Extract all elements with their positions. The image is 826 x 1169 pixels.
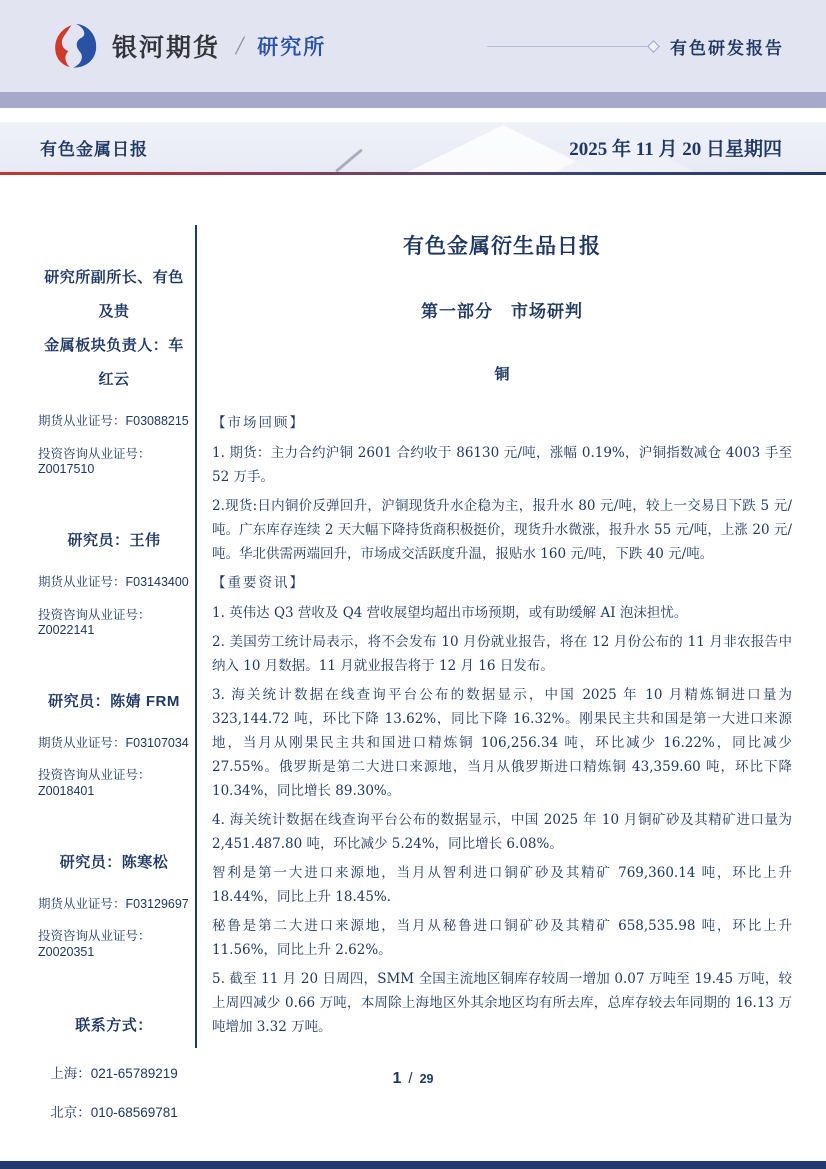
researcher-block: 研究所副所长、有色及贵 金属板块负责人：车红云 期货从业证号：F03088215… xyxy=(38,261,190,478)
paragraph: 5. 截至 11 月 20 日周四，SMM 全国主流地区铜库存较周一增加 0.0… xyxy=(212,967,792,1039)
license-line: 期货从业证号：F03129697 xyxy=(38,897,190,913)
vertical-divider xyxy=(195,225,197,1048)
current-page: 1 xyxy=(393,1070,402,1087)
title-bar: 有色金属日报 2025 年 11 月 20 日星期四 xyxy=(0,122,826,172)
researcher-title: 研究员：陈婧 FRM xyxy=(38,685,190,719)
footer-bar xyxy=(0,1161,826,1169)
report-body: 有色金属衍生品日报 第一部分 市场研判 铜 【市场回顾】 1. 期货：主力合约沪… xyxy=(212,230,792,1044)
license-line: 期货从业证号：F03088215 xyxy=(38,414,190,430)
watermark-pen-icon xyxy=(335,148,363,172)
paragraph: 1. 期货：主力合约沪铜 2601 合约收于 86130 元/吨，涨幅 0.19… xyxy=(212,441,792,489)
researcher-title: 研究员：陈寒松 xyxy=(38,846,190,880)
brand-name: 银河期货 xyxy=(112,28,220,64)
paragraph: 3. 海关统计数据在线查询平台公布的数据显示，中国 2025 年 10 月精炼铜… xyxy=(212,683,792,803)
license-line: 期货从业证号：F03143400 xyxy=(38,575,190,591)
galaxy-futures-logo-icon xyxy=(52,23,98,69)
researcher-sidebar: 研究所副所长、有色及贵 金属板块负责人：车红云 期货从业证号：F03088215… xyxy=(38,261,190,1121)
body-text: 【市场回顾】 1. 期货：主力合约沪铜 2601 合约收于 86130 元/吨，… xyxy=(212,411,792,1039)
paragraph: 4. 海关统计数据在线查询平台公布的数据显示，中国 2025 年 10 月铜矿砂… xyxy=(212,808,792,856)
contact-block: 联系方式： 上海：021-65789219 北京：010-68569781 xyxy=(38,1009,190,1121)
total-pages: 29 xyxy=(420,1072,434,1086)
license-line: 投资咨询从业证号：Z0020351 xyxy=(38,929,190,960)
brand-header: 银河期货 / 研究所 有色研发报告 xyxy=(0,0,826,92)
researcher-block: 研究员：陈寒松 期货从业证号：F03129697 投资咨询从业证号：Z00203… xyxy=(38,846,190,961)
page-number: 1/29 xyxy=(0,1070,826,1088)
paragraph: 智利是第一大进口来源地，当月从智利进口铜矿砂及其精矿 769,360.14 吨，… xyxy=(212,861,792,909)
brand-department: 研究所 xyxy=(257,31,326,61)
contact-title: 联系方式： xyxy=(38,1009,190,1043)
page-separator: / xyxy=(408,1070,412,1087)
researcher-title: 金属板块负责人：车红云 xyxy=(38,329,190,397)
license-line: 投资咨询从业证号：Z0017510 xyxy=(38,447,190,478)
brand-slash: / xyxy=(236,31,243,61)
brand-right: 有色研发报告 xyxy=(487,34,784,59)
brand-left: 银河期货 / 研究所 xyxy=(52,23,326,69)
license-line: 投资咨询从业证号：Z0022141 xyxy=(38,608,190,639)
diamond-icon xyxy=(647,40,660,53)
doc-date: 2025 年 11 月 20 日星期四 xyxy=(569,134,782,161)
report-page: 银河期货 / 研究所 有色研发报告 有色金属日报 2025 年 11 月 20 … xyxy=(0,0,826,1169)
license-line: 投资咨询从业证号：Z0018401 xyxy=(38,768,190,799)
researcher-title: 研究所副所长、有色及贵 xyxy=(38,261,190,329)
gradient-rule xyxy=(0,172,826,175)
paragraph: 秘鲁是第二大进口来源地，当月从秘鲁进口铜矿砂及其精矿 658,535.98 吨，… xyxy=(212,914,792,962)
paragraph: 1. 英伟达 Q3 营收及 Q4 营收展望均超出市场预期，或有助缓解 AI 泡沫… xyxy=(212,601,792,625)
section-heading: 【重要资讯】 xyxy=(212,571,792,595)
license-line: 期货从业证号：F03107034 xyxy=(38,736,190,752)
paragraph: 2.现货:日内铜价反弹回升，沪铜现货升水企稳为主，报升水 80 元/吨，较上一交… xyxy=(212,494,792,566)
researcher-title: 研究员：王伟 xyxy=(38,524,190,558)
doc-name: 有色金属日报 xyxy=(40,135,148,160)
document-title: 有色金属衍生品日报 xyxy=(212,230,792,260)
researcher-block: 研究员：王伟 期货从业证号：F03143400 投资咨询从业证号：Z002214… xyxy=(38,524,190,639)
paragraph: 2. 美国劳工统计局表示，将不会发布 10 月份就业报告，将在 12 月份公布的… xyxy=(212,630,792,678)
decorative-line xyxy=(487,46,647,47)
metal-title: 铜 xyxy=(212,363,792,384)
researcher-block: 研究员：陈婧 FRM 期货从业证号：F03107034 投资咨询从业证号：Z00… xyxy=(38,685,190,800)
header-band xyxy=(0,92,826,108)
part-title: 第一部分 市场研判 xyxy=(212,297,792,322)
section-heading: 【市场回顾】 xyxy=(212,411,792,435)
report-tag: 有色研发报告 xyxy=(670,34,784,59)
contact-line: 北京：010-68569781 xyxy=(38,1101,190,1121)
